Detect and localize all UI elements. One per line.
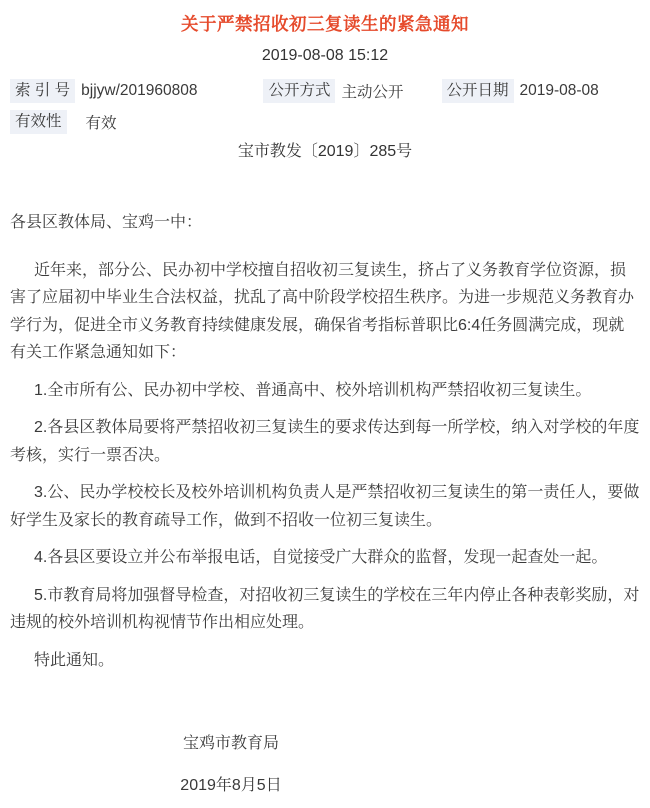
body-paragraph-item-2: 2.各县区教体局要将严禁招收初三复读生的要求传达到每一所学校，纳入对学校的年度考… bbox=[10, 414, 640, 469]
notice-page: 关于严禁招收初三复读生的紧急通知 2019-08-08 15:12 索 引 号 … bbox=[0, 0, 650, 799]
body-paragraph-item-3: 3.公、民办学校校长及校外培训机构负责人是严禁招收初三复读生的第一责任人，要做好… bbox=[10, 479, 640, 534]
body-paragraph-intro: 近年来，部分公、民办初中学校擅自招收初三复读生，挤占了义务教育学位资源，损害了应… bbox=[10, 257, 640, 367]
page-title: 关于严禁招收初三复读生的紧急通知 bbox=[10, 12, 640, 36]
meta-pair-publicity-mode: 公开方式 主动公开 bbox=[263, 79, 403, 103]
meta-row-2: 有效性 有效 bbox=[10, 110, 640, 134]
closing-line: 特此通知。 bbox=[10, 647, 640, 675]
signature-block: 宝鸡市教育局 2019年8月5日 bbox=[166, 730, 296, 799]
meta-pair-validity: 有效性 有效 bbox=[10, 110, 117, 134]
signature-date: 2019年8月5日 bbox=[166, 772, 296, 800]
body-paragraph-item-1: 1.全市所有公、民办初中学校、普通高中、校外培训机构严禁招收初三复读生。 bbox=[10, 377, 640, 405]
meta-row-1: 索 引 号 bjjyw/201960808 公开方式 主动公开 公开日期 201… bbox=[10, 79, 640, 103]
meta-value-validity: 有效 bbox=[86, 111, 117, 133]
meta-label-publicity-date: 公开日期 bbox=[442, 79, 514, 103]
publish-time: 2019-08-08 15:12 bbox=[10, 46, 640, 65]
body-paragraph-item-4: 4.各县区要设立并公布举报电话，自觉接受广大群众的监督，发现一起查处一起。 bbox=[10, 544, 640, 572]
meta-value-index-number: bjjyw/201960808 bbox=[81, 82, 197, 100]
meta-pair-publicity-date: 公开日期 2019-08-08 bbox=[442, 79, 599, 103]
signature-org: 宝鸡市教育局 bbox=[166, 730, 296, 758]
meta-label-validity: 有效性 bbox=[10, 110, 67, 134]
notice-body: 各县区教体局、宝鸡一中： 近年来，部分公、民办初中学校擅自招收初三复读生，挤占了… bbox=[10, 209, 640, 674]
body-paragraph-item-5: 5.市教育局将加强督导检查，对招收初三复读生的学校在三年内停止各种表彰奖励，对违… bbox=[10, 582, 640, 637]
document-number: 宝市教发〔2019〕285号 bbox=[10, 142, 640, 161]
meta-pair-index-number: 索 引 号 bjjyw/201960808 bbox=[10, 79, 197, 103]
meta-label-publicity-mode: 公开方式 bbox=[263, 79, 335, 103]
meta-value-publicity-mode: 主动公开 bbox=[341, 80, 403, 102]
meta-section: 索 引 号 bjjyw/201960808 公开方式 主动公开 公开日期 201… bbox=[10, 79, 640, 134]
salutation: 各县区教体局、宝鸡一中： bbox=[10, 209, 640, 237]
meta-value-publicity-date: 2019-08-08 bbox=[520, 82, 599, 100]
meta-label-index-number: 索 引 号 bbox=[10, 79, 75, 103]
